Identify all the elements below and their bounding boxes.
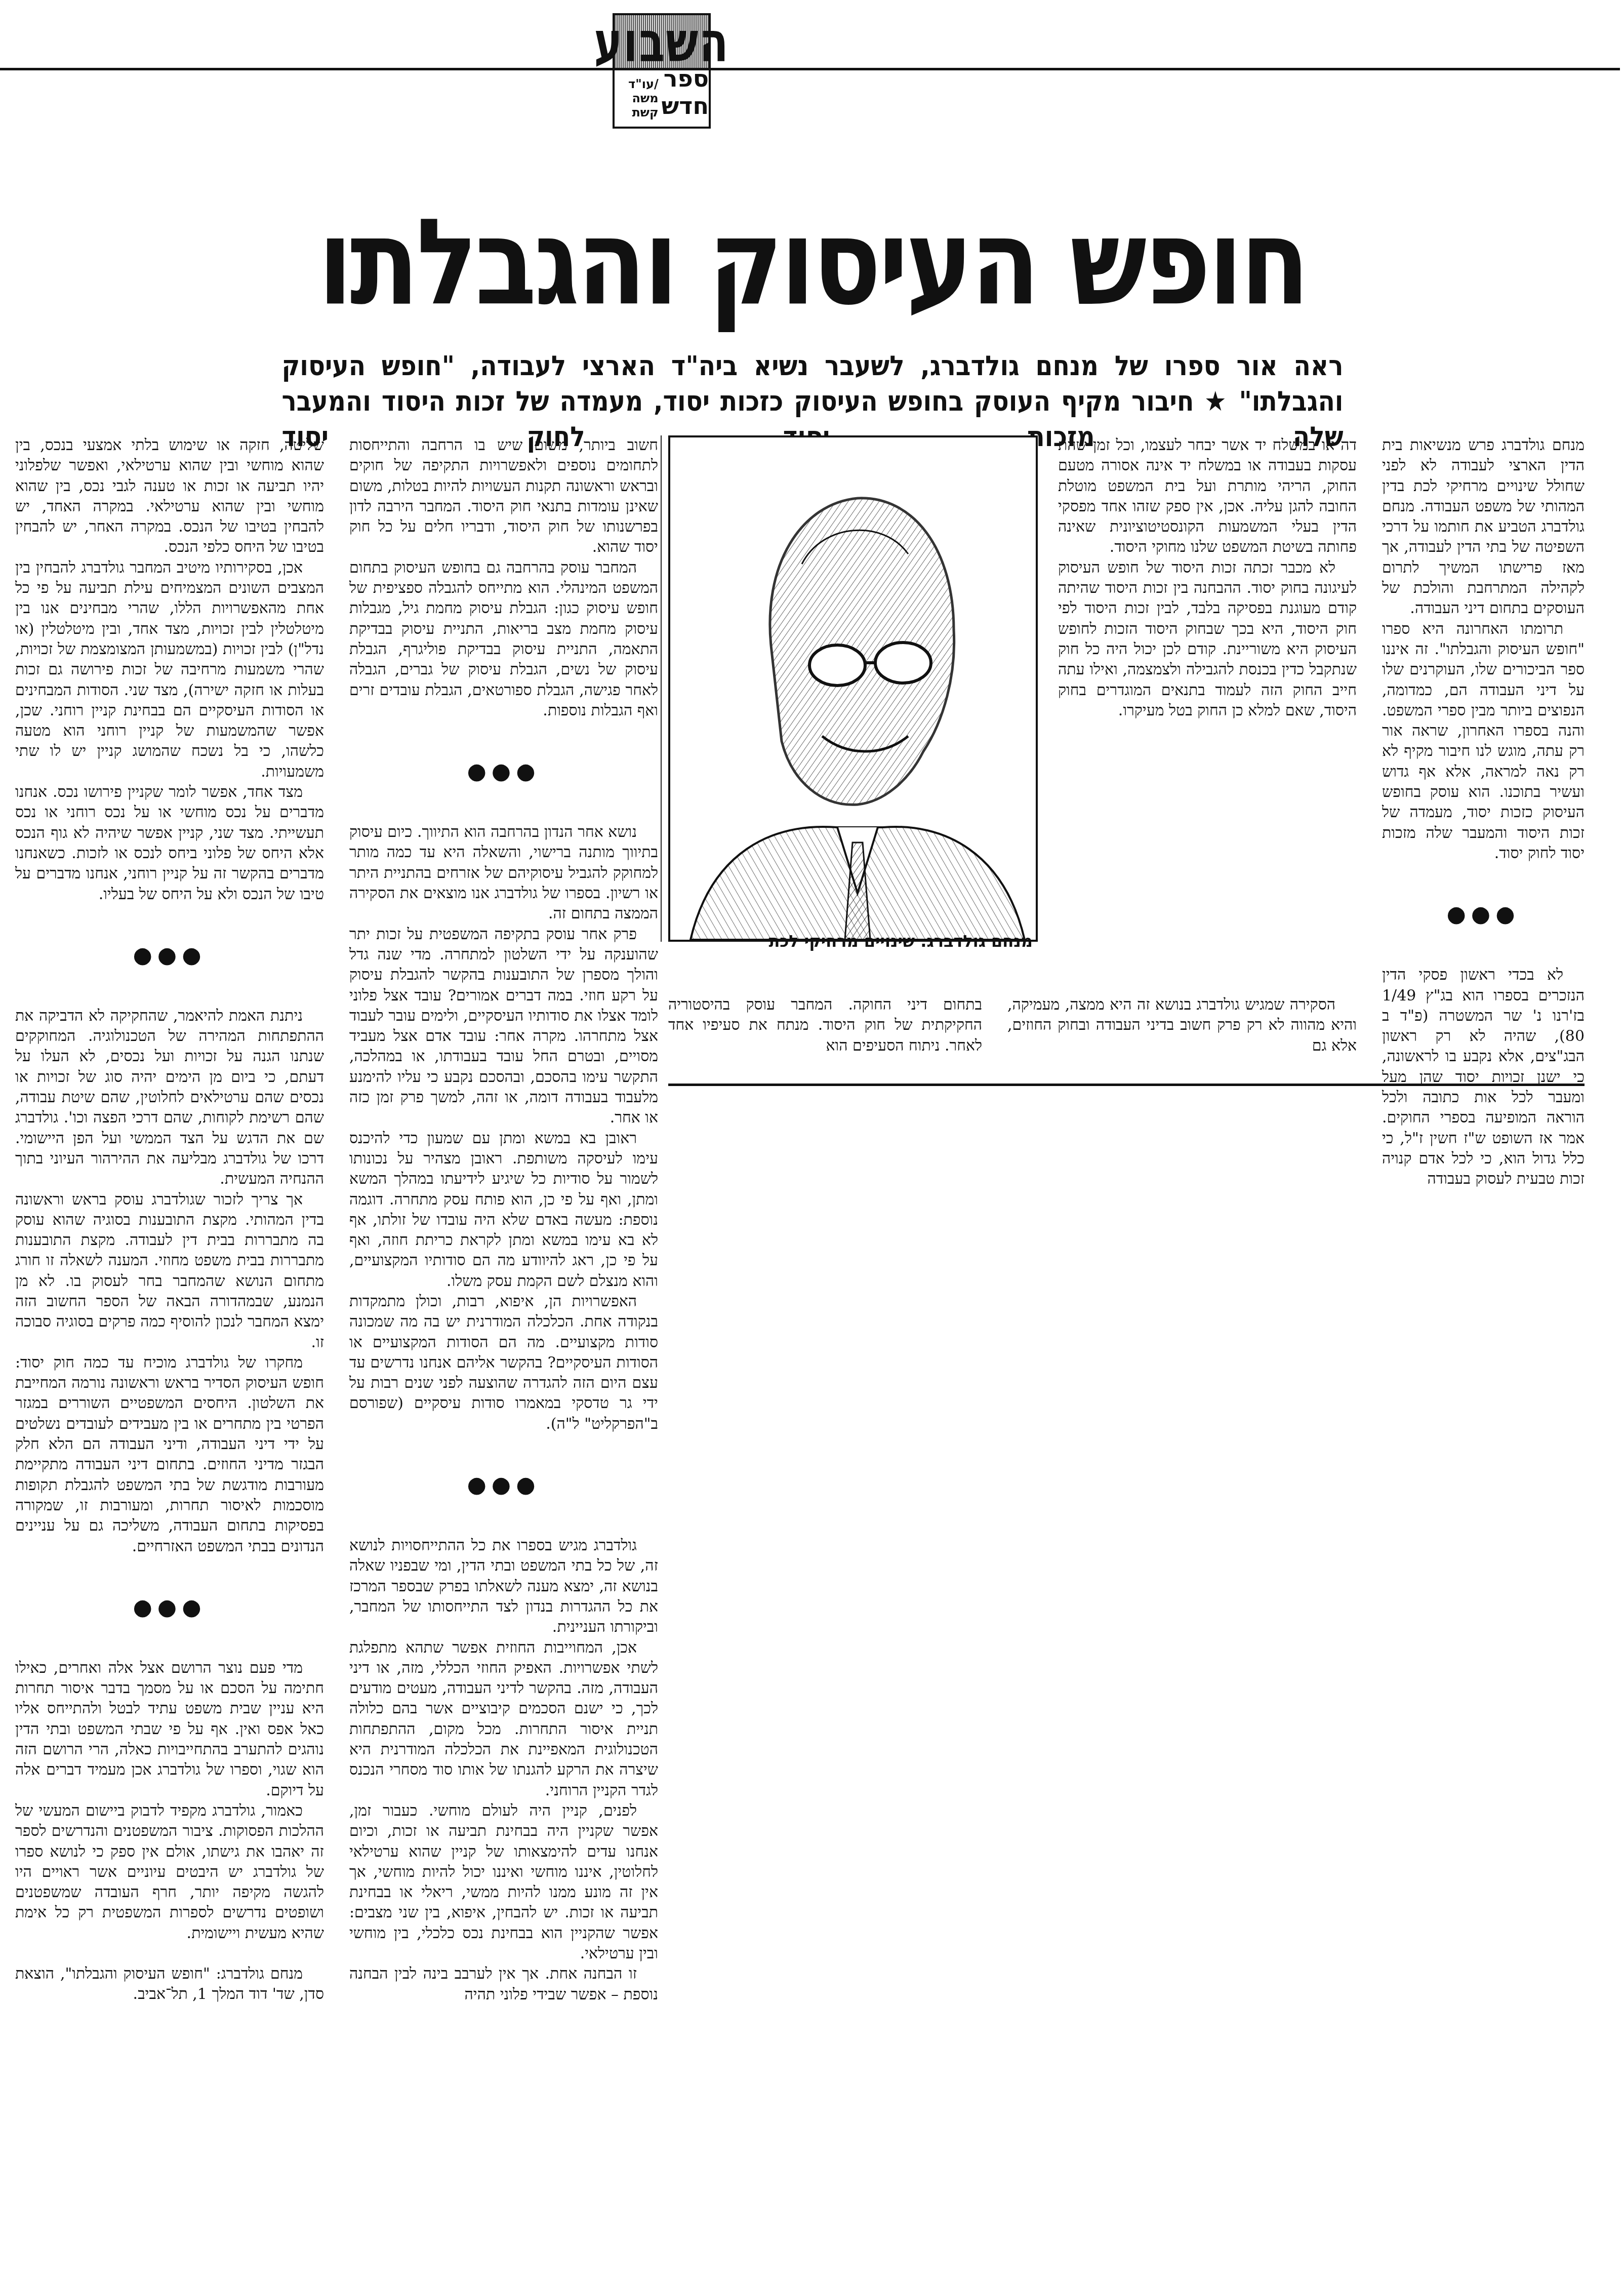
paragraph: בתחום דיני החוקה. המחבר עוסק בהיסטוריה ה… xyxy=(668,995,982,1056)
article-column-4: שליטה, חזקה או שימוש בלתי אמצעי בנכס, בי… xyxy=(15,435,324,2005)
author-portrait xyxy=(668,435,1038,942)
article-strip-left: בתחום דיני החוקה. המחבר עוסק בהיסטוריה ה… xyxy=(668,995,982,1056)
article-strip-right: הסקירה שמגיש גולדברג בנושא זה היא ממצה, … xyxy=(1007,995,1357,1056)
section-logo-text: השבוע xyxy=(594,14,729,69)
paragraph: תרומתו האחרונה היא ספרו "חופש העיסוק והג… xyxy=(1382,619,1585,864)
paragraph: אך צריך לזכור שגולדברג עוסק בראש וראשונה… xyxy=(15,1190,324,1353)
section-separator-dots: ●●● xyxy=(1382,899,1585,930)
article-headline: חופש העיסוק והגבלתו xyxy=(311,195,1314,332)
paragraph: לא בכדי ראשון פסקי הדין הנזכרים בספרו הו… xyxy=(1382,965,1585,1189)
column-label: ספר חדש /עו"ד משה קשת xyxy=(615,69,709,127)
article-column-2: דה או במשלח יד אשר יבחר לעצמו, וכל זמן ש… xyxy=(1058,435,1357,721)
article-column-1: מנחם גולדברג פרש מנשיאות בית הדין הארצי … xyxy=(1382,435,1585,1190)
paragraph: שליטה, חזקה או שימוש בלתי אמצעי בנכס, בי… xyxy=(15,435,324,558)
paragraph: המחבר עוסק בהרחבה גם בחופש העיסוק בתחום … xyxy=(349,558,658,721)
paragraph: מדי פעם נוצר הרושם אצל אלה ואחרים, כאילו… xyxy=(15,1658,324,1801)
paragraph: אכן, המחוייבות החוזית אפשר שתהא מתפלגת ל… xyxy=(349,1638,658,1801)
paragraph: ניתנת האמת להיאמר, שהחקיקה לא הדביקה את … xyxy=(15,1006,324,1190)
paragraph: גולדברג מגיש בספרו את כל ההתייחסויות לנו… xyxy=(349,1536,658,1637)
column-name: ספר חדש xyxy=(661,65,709,119)
column-divider xyxy=(661,435,662,942)
paragraph: נושא אחר הנדון בהרחבה הוא התיווך. כיום ע… xyxy=(349,822,658,924)
article-column-3: חשוב ביותר, משום שיש בו הרחבה והתייחסות … xyxy=(349,435,658,2005)
paragraph: מצד אחד, אפשר לומר שקניין פירושו נכס. אנ… xyxy=(15,782,324,905)
paragraph: דה או במשלח יד אשר יבחר לעצמו, וכל זמן ש… xyxy=(1058,435,1357,558)
section-masthead: השבוע ספר חדש /עו"ד משה קשת xyxy=(613,13,711,129)
paragraph: חשוב ביותר, משום שיש בו הרחבה והתייחסות … xyxy=(349,435,658,558)
paragraph: ראובן בא במשא ומתן עם שמעון כדי להיכנס ע… xyxy=(349,1129,658,1292)
paragraph: זו הבחנה אחת. אך אין לערבב בינה לבין הבח… xyxy=(349,1964,658,2005)
section-separator-dots: ●●● xyxy=(15,1592,324,1623)
paragraph: מחקרו של גולדברג מוכיח עד כמה חוק יסוד: … xyxy=(15,1353,324,1557)
section-separator-dots: ●●● xyxy=(349,1470,658,1500)
paragraph: אכן, בסקירותיו מיטיב המחבר גולדברג להבחי… xyxy=(15,558,324,782)
masthead-rule xyxy=(0,68,1620,70)
paragraph: לפנים, קניין היה לעולם מוחשי. כעבור זמן,… xyxy=(349,1801,658,1964)
section-separator-dots: ●●● xyxy=(349,756,658,787)
photo-caption: מנחם גולדברג. שינויים מרחיקי לכת xyxy=(668,932,1033,951)
section-logo: השבוע xyxy=(615,15,709,69)
article-bottom-rule xyxy=(668,1084,1585,1086)
paragraph: פרק אחר עוסק בתקיפה המשפטית על זכות יתר … xyxy=(349,925,658,1129)
paragraph: מנחם גולדברג פרש מנשיאות בית הדין הארצי … xyxy=(1382,435,1585,619)
author-credit: /עו"ד משה קשת xyxy=(615,77,659,119)
book-details: מנחם גולדברג: "חופש העיסוק והגבלתו", הוצ… xyxy=(15,1964,324,2005)
paragraph: האפשרויות הן, איפוא, רבות, וכולן מתמקדות… xyxy=(349,1292,658,1434)
section-separator-dots: ●●● xyxy=(15,940,324,971)
paragraph: כאמור, גולדברג מקפיד לדבוק ביישום המעשי … xyxy=(15,1801,324,1944)
paragraph: לא מכבר זכתה זכות היסוד של חופש העיסוק ל… xyxy=(1058,558,1357,721)
portrait-sketch-icon xyxy=(670,437,1036,940)
paragraph: הסקירה שמגיש גולדברג בנושא זה היא ממצה, … xyxy=(1007,995,1357,1056)
